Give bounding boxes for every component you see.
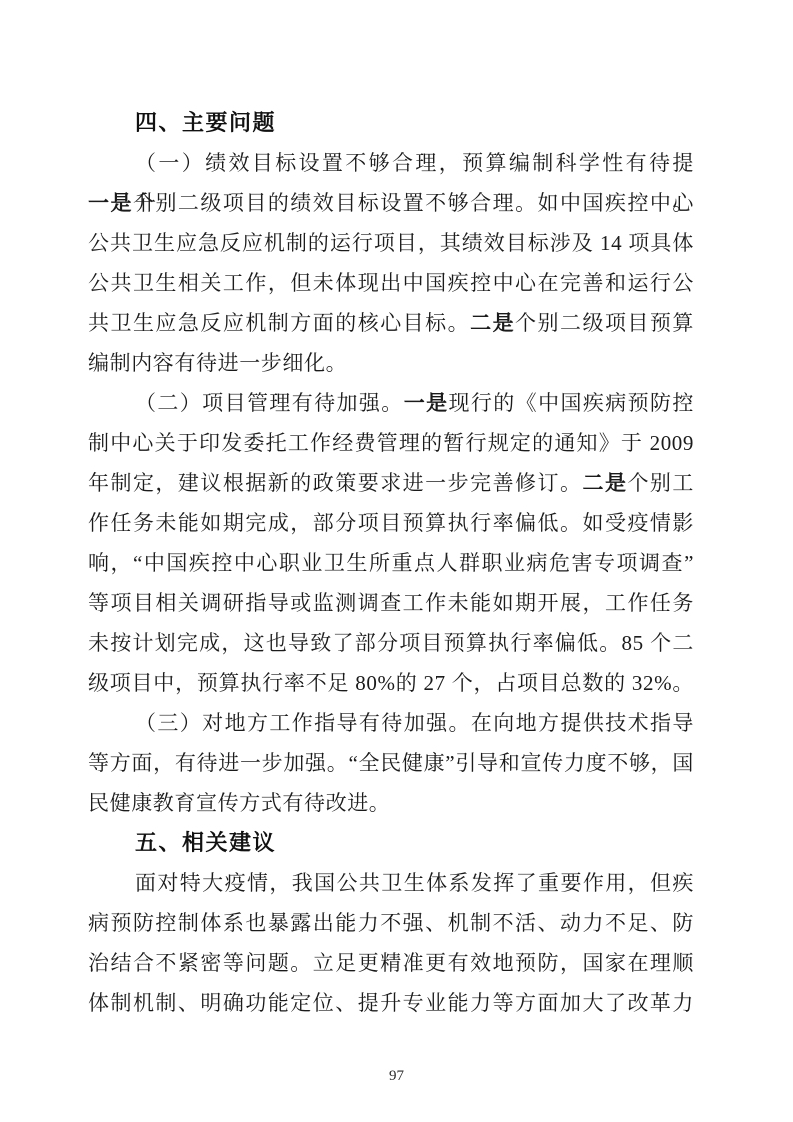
text-line: 面对特大疫情，我国公共卫生体系发挥了重要作用，但疾 (88, 863, 694, 903)
text-line: 民健康教育宣传方式有待改进。 (88, 783, 694, 823)
text-segment: 作任务未能如期完成，部分项目预算执行率偏低。如受疫情影 (88, 511, 694, 535)
text-segment: 等方面，有待进一步加强。“全民健康”引导和宣传力度不够，国 (88, 751, 694, 775)
text-line: 制中心关于印发委托工作经费管理的暂行规定的通知》于 2009 (88, 423, 694, 463)
text-segment: 共卫生应急反应机制方面的核心目标。 (88, 311, 470, 335)
text-line: 级项目中，预算执行率不足 80%的 27 个，占项目总数的 32%。 (88, 663, 694, 703)
text-line: 等项目相关调研指导或监测调查工作未能如期开展，工作任务 (88, 583, 694, 623)
text-segment: 治结合不紧密等问题。立足更精准更有效地预防，国家在理顺 (88, 951, 694, 975)
text-segment: （二）项目管理有待加强。 (135, 391, 404, 415)
text-segment: （三）对地方工作指导有待加强。在向地方提供技术指导 (135, 711, 694, 735)
text-segment: 编制内容有待进一步细化。 (88, 351, 347, 375)
bold-text-segment: 四、主要问题 (135, 110, 276, 135)
page-number: 97 (0, 1068, 793, 1085)
text-segment: 公共卫生应急反应机制的运行项目，其绩效目标涉及 14 项具体 (88, 231, 694, 255)
text-segment: 公共卫生相关工作，但未体现出中国疾控中心在完善和运行公 (88, 271, 694, 295)
bold-text-segment: 五、相关建议 (135, 830, 276, 855)
text-line: （二）项目管理有待加强。一是现行的《中国疾病预防控 (88, 383, 694, 423)
text-segment: 级项目中，预算执行率不足 80%的 27 个，占项目总数的 32%。 (88, 671, 694, 695)
text-segment: 响，“中国疾控中心职业卫生所重点人群职业病危害专项调查” (88, 551, 694, 575)
text-segment: 个别工 (627, 471, 694, 495)
bold-text-segment: 一是 (88, 191, 133, 215)
text-line: 作任务未能如期完成，部分项目预算执行率偏低。如受疫情影 (88, 503, 694, 543)
document-body: 四、主要问题（一）绩效目标设置不够合理，预算编制科学性有待提升。一是个别二级项目… (88, 103, 694, 1023)
text-line: 响，“中国疾控中心职业卫生所重点人群职业病危害专项调查” (88, 543, 694, 583)
section-heading: 四、主要问题 (88, 103, 694, 143)
bold-text-segment: 二是 (470, 311, 515, 335)
text-segment: 未按计划完成，这也导致了部分项目预算执行率偏低。85 个二 (88, 631, 694, 655)
text-line: 编制内容有待进一步细化。 (88, 343, 694, 383)
text-segment: 现行的《中国疾病预防控 (449, 391, 695, 415)
text-line: 等方面，有待进一步加强。“全民健康”引导和宣传力度不够，国 (88, 743, 694, 783)
text-segment: 民健康教育宣传方式有待改进。 (88, 791, 390, 815)
text-line: （一）绩效目标设置不够合理，预算编制科学性有待提升。 (88, 143, 694, 183)
bold-text-segment: 二是 (582, 471, 627, 495)
text-line: 一是个别二级项目的绩效目标设置不够合理。如中国疾控中心 (88, 183, 694, 223)
text-segment: 病预防控制体系也暴露出能力不强、机制不活、动力不足、防 (88, 911, 694, 935)
text-line: 未按计划完成，这也导致了部分项目预算执行率偏低。85 个二 (88, 623, 694, 663)
text-segment: 个别二级项目预算 (515, 311, 694, 335)
text-line: 治结合不紧密等问题。立足更精准更有效地预防，国家在理顺 (88, 943, 694, 983)
text-segment: 体制机制、明确功能定位、提升专业能力等方面加大了改革力 (88, 991, 694, 1015)
section-heading: 五、相关建议 (88, 823, 694, 863)
text-segment: 制中心关于印发委托工作经费管理的暂行规定的通知》于 2009 (88, 431, 694, 455)
document-page: 四、主要问题（一）绩效目标设置不够合理，预算编制科学性有待提升。一是个别二级项目… (0, 0, 793, 1122)
text-segment: 等项目相关调研指导或监测调查工作未能如期开展，工作任务 (88, 591, 694, 615)
text-line: （三）对地方工作指导有待加强。在向地方提供技术指导 (88, 703, 694, 743)
text-segment: 个别二级项目的绩效目标设置不够合理。如中国疾控中心 (133, 191, 694, 215)
bold-text-segment: 一是 (404, 391, 449, 415)
text-segment: 年制定，建议根据新的政策要求进一步完善修订。 (88, 471, 582, 495)
text-segment: 面对特大疫情，我国公共卫生体系发挥了重要作用，但疾 (135, 871, 694, 895)
text-line: 病预防控制体系也暴露出能力不强、机制不活、动力不足、防 (88, 903, 694, 943)
text-line: 共卫生应急反应机制方面的核心目标。二是个别二级项目预算 (88, 303, 694, 343)
text-line: 年制定，建议根据新的政策要求进一步完善修订。二是个别工 (88, 463, 694, 503)
text-line: 体制机制、明确功能定位、提升专业能力等方面加大了改革力 (88, 983, 694, 1023)
text-line: 公共卫生应急反应机制的运行项目，其绩效目标涉及 14 项具体 (88, 223, 694, 263)
text-line: 公共卫生相关工作，但未体现出中国疾控中心在完善和运行公 (88, 263, 694, 303)
